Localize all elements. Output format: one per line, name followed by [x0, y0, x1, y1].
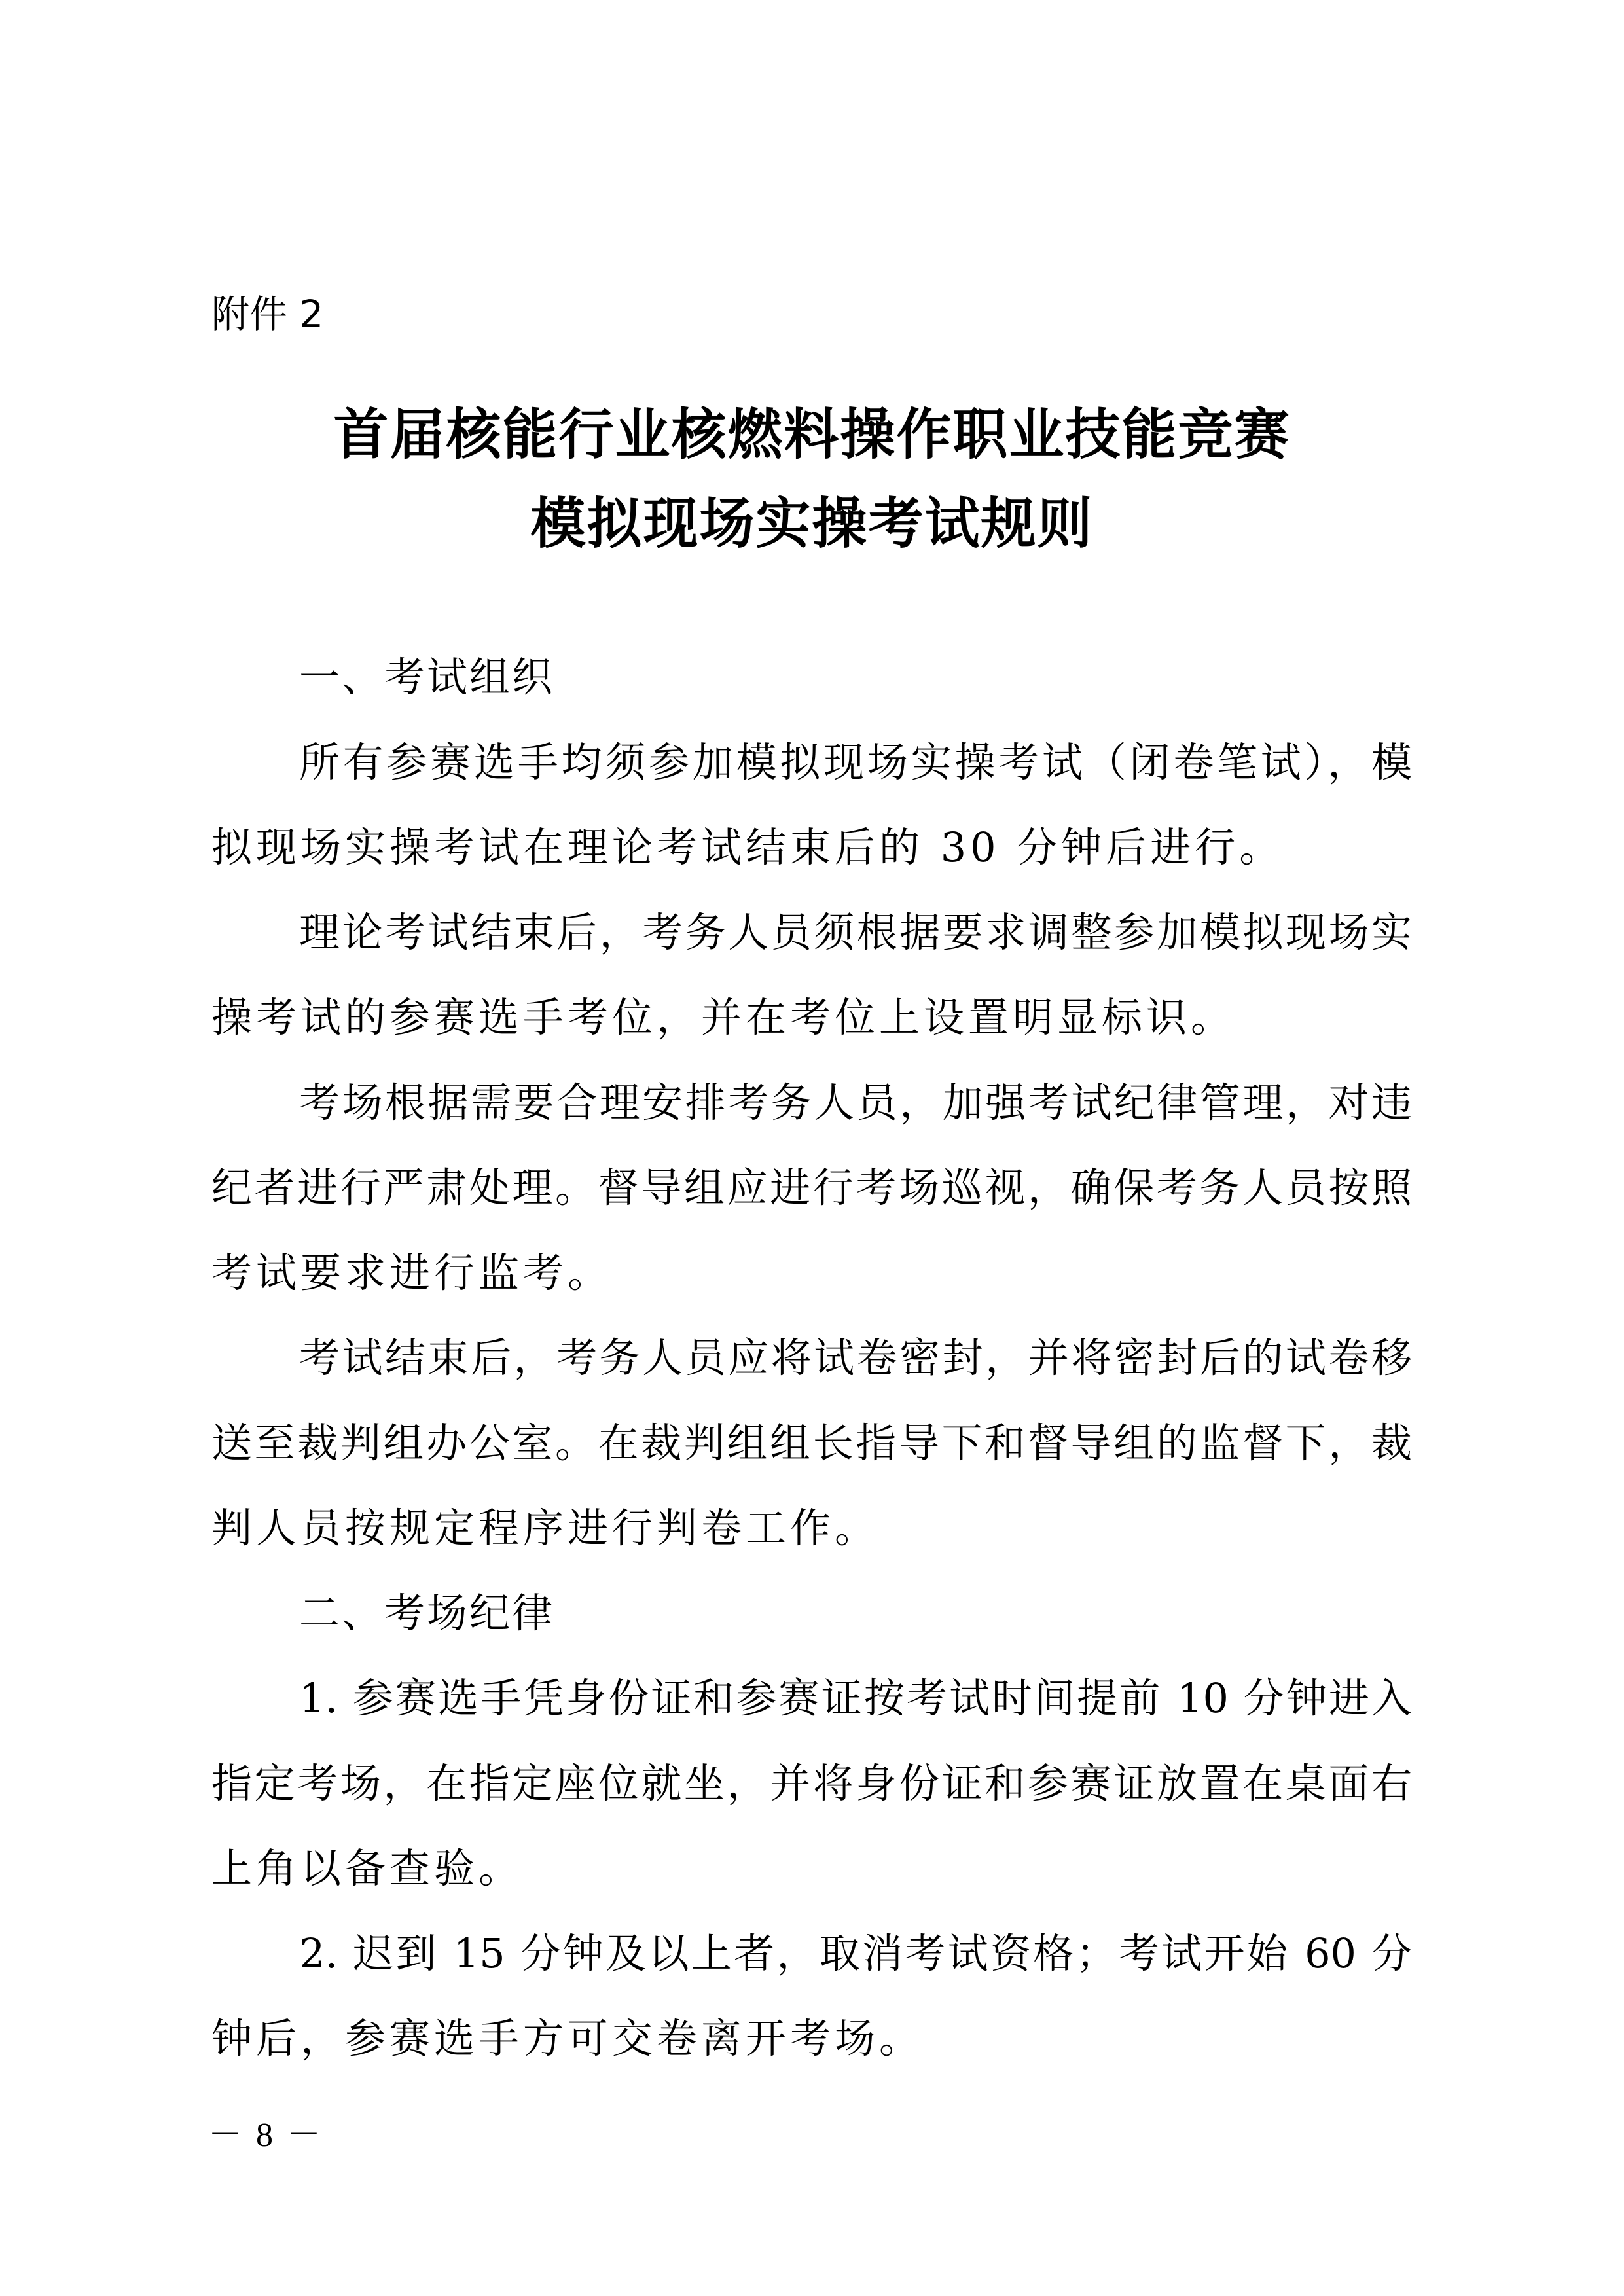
paragraph-line: 钟后，参赛选手方可交卷离开考场。 — [211, 1996, 1412, 2081]
document-page: 附件 2 首届核能行业核燃料操作职业技能竞赛 模拟现场实操考试规则 一、考试组织… — [0, 0, 1624, 2296]
paragraph-line: 送至裁判组办公室。在裁判组组长指导下和督导组的监督下，裁 — [211, 1401, 1412, 1486]
attachment-label: 附件 2 — [211, 288, 323, 340]
paragraph-line: 2. 迟到 15 分钟及以上者，取消考试资格；考试开始 60 分 — [211, 1911, 1412, 1996]
paragraph-line: 上角以备查验。 — [211, 1826, 1412, 1911]
paragraph-line: 所有参赛选手均须参加模拟现场实操考试（闭卷笔试），模 — [211, 720, 1412, 805]
paragraph-line: 1. 参赛选手凭身份证和参赛证按考试时间提前 10 分钟进入 — [211, 1656, 1412, 1741]
title-line-1: 首届核能行业核燃料操作职业技能竞赛 — [0, 390, 1624, 479]
paragraph-line: 考试要求进行监考。 — [211, 1230, 1412, 1316]
paragraph-line: 理论考试结束后，考务人员须根据要求调整参加模拟现场实 — [211, 890, 1412, 975]
document-body: 一、考试组织 所有参赛选手均须参加模拟现场实操考试（闭卷笔试），模 拟现场实操考… — [211, 635, 1412, 2081]
document-title: 首届核能行业核燃料操作职业技能竞赛 模拟现场实操考试规则 — [0, 390, 1624, 568]
paragraph-line: 纪者进行严肃处理。督导组应进行考场巡视，确保考务人员按照 — [211, 1145, 1412, 1230]
paragraph-line: 操考试的参赛选手考位，并在考位上设置明显标识。 — [211, 975, 1412, 1060]
paragraph-line: 拟现场实操考试在理论考试结束后的 30 分钟后进行。 — [211, 805, 1412, 890]
paragraph-line: 指定考场，在指定座位就坐，并将身份证和参赛证放置在桌面右 — [211, 1741, 1412, 1826]
page-number: － 8 － — [208, 2113, 323, 2159]
title-line-2: 模拟现场实操考试规则 — [0, 479, 1624, 568]
section-heading-1: 一、考试组织 — [211, 635, 1412, 720]
paragraph-line: 考试结束后，考务人员应将试卷密封，并将密封后的试卷移 — [211, 1316, 1412, 1401]
section-heading-2: 二、考场纪律 — [211, 1571, 1412, 1656]
paragraph-line: 考场根据需要合理安排考务人员，加强考试纪律管理，对违 — [211, 1060, 1412, 1145]
paragraph-line: 判人员按规定程序进行判卷工作。 — [211, 1486, 1412, 1571]
